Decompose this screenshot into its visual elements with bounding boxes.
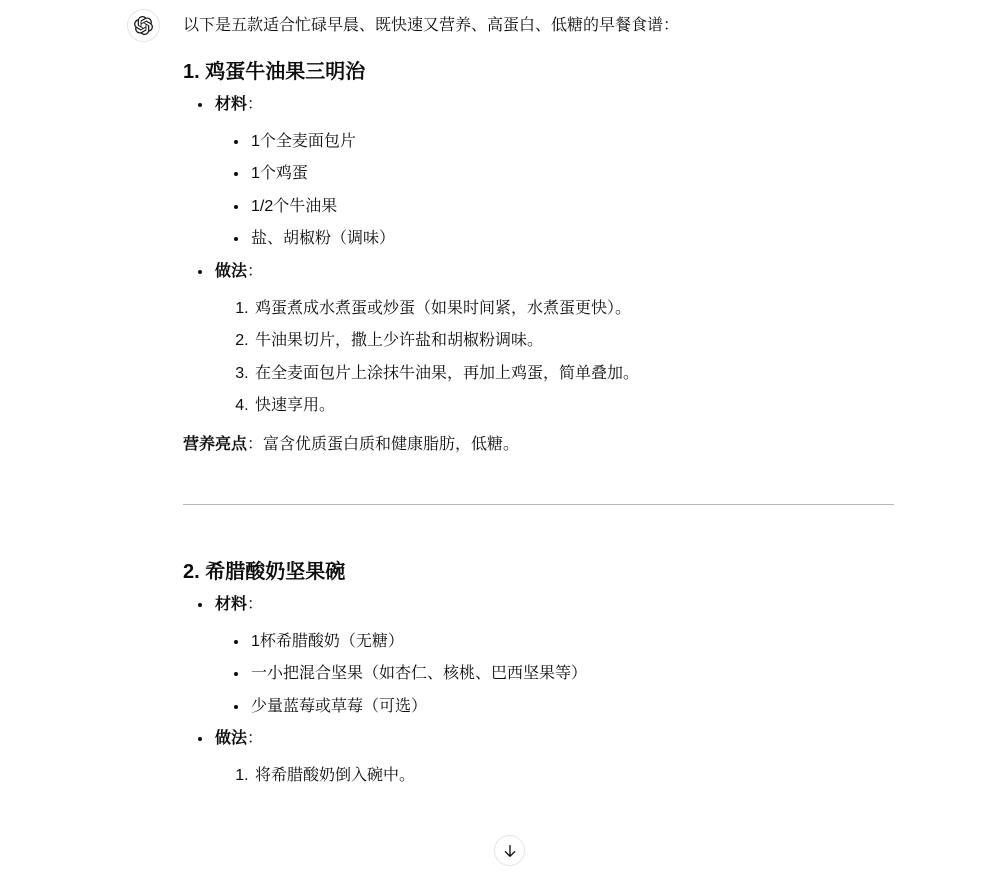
- recipe-1-steps: 鸡蛋煮成水煮蛋或炒蛋（如果时间紧，水煮蛋更快）。 牛油果切片，撒上少许盐和胡椒粉…: [215, 295, 894, 421]
- label-colon: ：: [247, 596, 263, 613]
- label-colon: ：: [247, 96, 263, 113]
- materials-label: 材料: [215, 596, 247, 613]
- recipe-2-list: 材料： 1杯希腊酸奶（无糖） 一小把混合坚果（如杏仁、核桃、巴西坚果等） 少量蓝…: [183, 591, 894, 791]
- recipe-2-steps: 将希腊酸奶倒入碗中。: [215, 762, 894, 790]
- method-label: 做法: [215, 730, 247, 747]
- scroll-to-bottom-button[interactable]: [494, 835, 525, 866]
- recipe-1-materials: 材料： 1个全麦面包片 1个鸡蛋 1/2个牛油果 盐、胡椒粉（调味）: [213, 91, 894, 254]
- ingredient-item: 盐、胡椒粉（调味）: [249, 225, 894, 253]
- message-content: 以下是五款适合忙碌早晨、既快速又营养、高蛋白、低糖的早餐食谱： 1. 鸡蛋牛油果…: [183, 9, 894, 795]
- nutrition-text: 富含优质蛋白质和健康脂肪，低糖。: [263, 436, 519, 453]
- ingredient-item: 少量蓝莓或草莓（可选）: [249, 693, 894, 721]
- recipe-1-method: 做法： 鸡蛋煮成水煮蛋或炒蛋（如果时间紧，水煮蛋更快）。 牛油果切片，撒上少许盐…: [213, 258, 894, 421]
- method-label: 做法: [215, 263, 247, 280]
- ingredient-item: 1个全麦面包片: [249, 128, 894, 156]
- step-item: 快速享用。: [253, 392, 894, 420]
- step-item: 在全麦面包片上涂抹牛油果，再加上鸡蛋，简单叠加。: [253, 360, 894, 388]
- recipe-2-ingredients: 1杯希腊酸奶（无糖） 一小把混合坚果（如杏仁、核桃、巴西坚果等） 少量蓝莓或草莓…: [215, 628, 894, 721]
- ingredient-item: 1/2个牛油果: [249, 193, 894, 221]
- intro-text: 以下是五款适合忙碌早晨、既快速又营养、高蛋白、低糖的早餐食谱：: [183, 12, 894, 40]
- step-item: 将希腊酸奶倒入碗中。: [253, 762, 894, 790]
- ingredient-item: 1个鸡蛋: [249, 160, 894, 188]
- recipe-2-method: 做法： 将希腊酸奶倒入碗中。: [213, 725, 894, 790]
- arrow-down-icon: [502, 843, 518, 859]
- assistant-message: 以下是五款适合忙碌早晨、既快速又营养、高蛋白、低糖的早餐食谱： 1. 鸡蛋牛油果…: [0, 0, 993, 795]
- label-colon: ：: [247, 436, 263, 453]
- ingredient-item: 1杯希腊酸奶（无糖）: [249, 628, 894, 656]
- recipe-1-heading: 1. 鸡蛋牛油果三明治: [183, 58, 894, 86]
- assistant-avatar: [127, 9, 160, 42]
- recipe-2-heading: 2. 希腊酸奶坚果碗: [183, 558, 894, 586]
- step-item: 牛油果切片，撒上少许盐和胡椒粉调味。: [253, 327, 894, 355]
- step-item: 鸡蛋煮成水煮蛋或炒蛋（如果时间紧，水煮蛋更快）。: [253, 295, 894, 323]
- section-divider: [183, 504, 894, 505]
- recipe-1-ingredients: 1个全麦面包片 1个鸡蛋 1/2个牛油果 盐、胡椒粉（调味）: [215, 128, 894, 254]
- recipe-1-nutrition: 营养亮点：富含优质蛋白质和健康脂肪，低糖。: [183, 431, 894, 459]
- openai-logo-icon: [134, 16, 153, 35]
- label-colon: ：: [247, 730, 263, 747]
- nutrition-label: 营养亮点: [183, 436, 247, 453]
- materials-label: 材料: [215, 96, 247, 113]
- ingredient-item: 一小把混合坚果（如杏仁、核桃、巴西坚果等）: [249, 660, 894, 688]
- recipe-2-materials: 材料： 1杯希腊酸奶（无糖） 一小把混合坚果（如杏仁、核桃、巴西坚果等） 少量蓝…: [213, 591, 894, 721]
- label-colon: ：: [247, 263, 263, 280]
- recipe-1-list: 材料： 1个全麦面包片 1个鸡蛋 1/2个牛油果 盐、胡椒粉（调味） 做法： 鸡…: [183, 91, 894, 421]
